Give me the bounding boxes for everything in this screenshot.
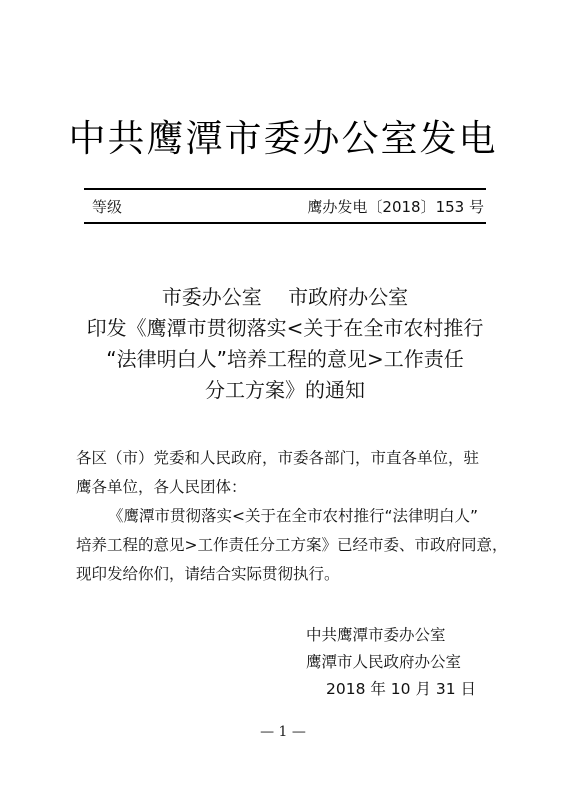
title-line: 市委办公室 市政府办公室: [60, 282, 510, 313]
document-number: 鹰办发电〔2018〕153 号: [307, 196, 484, 217]
title-line: 印发《鹰潭市贯彻落实<关于在全市农村推行: [60, 313, 510, 344]
document-page: 中共鹰潭市委办公室发电 等级 鹰办发电〔2018〕153 号 市委办公室 市政府…: [0, 0, 566, 800]
priority-level-label: 等级: [92, 196, 122, 217]
header-rule-top: [84, 188, 486, 190]
title-line: “法律明白人”培养工程的意见>工作责任: [60, 344, 510, 375]
header-rule-bottom: [84, 222, 486, 224]
body-paragraph-line: 培养工程的意见>工作责任分工方案》已经市委、市政府同意，: [76, 531, 496, 560]
document-body: 各区（市）党委和人民政府，市委各部门，市直各单位，驻 鹰各单位，各人民团体： 《…: [76, 444, 496, 589]
body-paragraph-line: 现印发给你们，请结合实际贯彻执行。: [76, 560, 496, 589]
issuer-header-title: 中共鹰潭市委办公室发电: [0, 108, 566, 162]
signature-org-government: 鹰潭市人民政府办公室: [306, 650, 461, 672]
signature-org-party: 中共鹰潭市委办公室: [306, 623, 446, 645]
page-number: — 1 —: [0, 724, 566, 740]
body-paragraph-line: 《鹰潭市贯彻落实<关于在全市农村推行“法律明白人”: [76, 502, 496, 531]
document-title: 市委办公室 市政府办公室 印发《鹰潭市贯彻落实<关于在全市农村推行 “法律明白人…: [60, 282, 510, 406]
addressee-line: 各区（市）党委和人民政府，市委各部门，市直各单位，驻: [76, 444, 496, 473]
title-line: 分工方案》的通知: [60, 375, 510, 406]
signature-date: 2018 年 10 月 31 日: [326, 677, 476, 699]
addressee-line: 鹰各单位，各人民团体：: [76, 473, 496, 502]
